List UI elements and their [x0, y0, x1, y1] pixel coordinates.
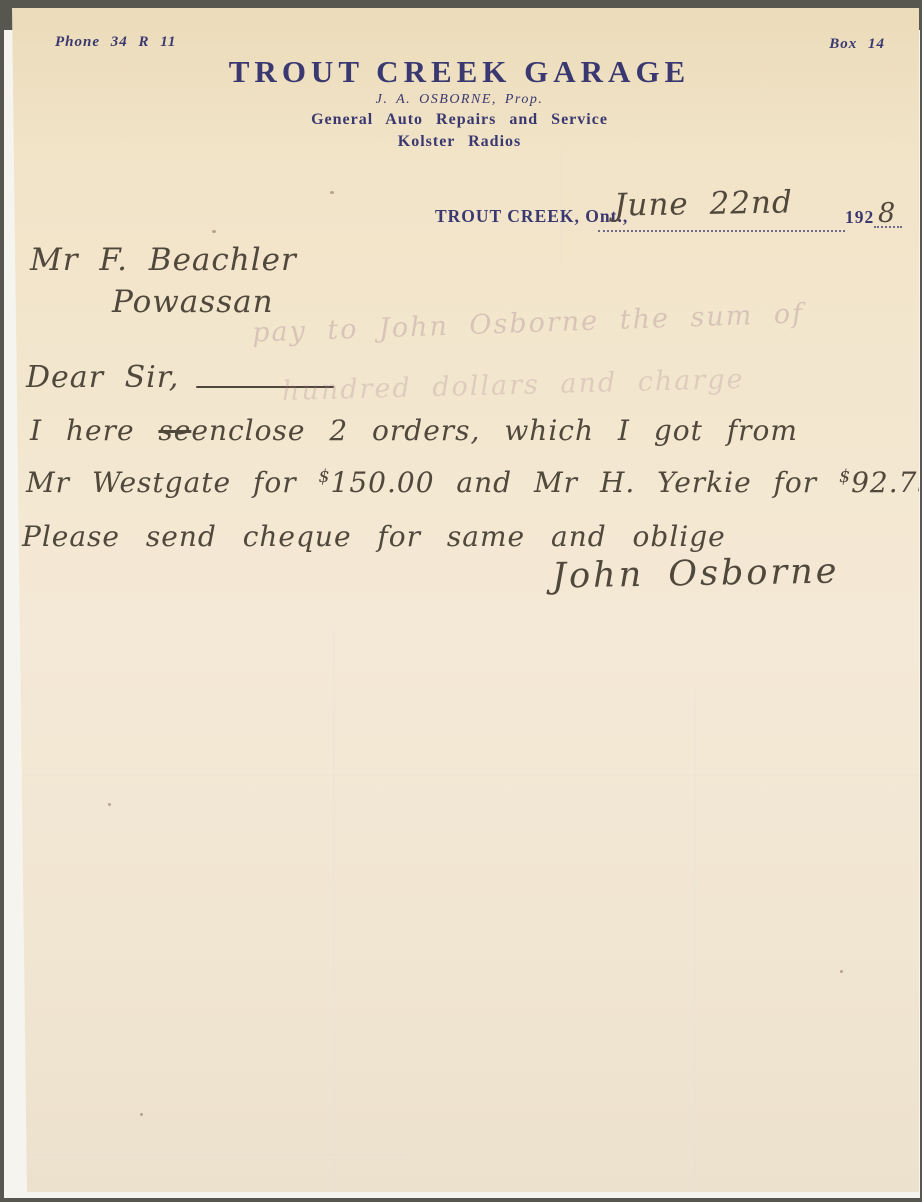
- printed-year: 192: [845, 207, 874, 228]
- recipient-name: Mr F. Beachler: [30, 242, 297, 278]
- amount-1: 150.00: [331, 466, 435, 499]
- fold-crease: [0, 1154, 414, 1156]
- fold-crease: [0, 774, 919, 776]
- paper-speck: [140, 1113, 143, 1116]
- paper-speck: [212, 230, 216, 233]
- service-line: General Auto Repairs and Service: [0, 111, 919, 129]
- signature: John Osborne: [552, 551, 840, 596]
- business-name: TROUT CREEK GARAGE: [0, 54, 919, 90]
- dollar-sign-2: $: [839, 467, 851, 487]
- body-line-2-mid: and Mr H. Yerkie for: [435, 466, 840, 499]
- body-line-3: Please send cheque for same and oblige: [22, 520, 726, 553]
- product-line: Kolster Radios: [0, 133, 919, 151]
- letter-paper: Phone 34 R 11 Box 14 TROUT CREEK GARAGE …: [0, 8, 919, 1192]
- year-fill-line: [874, 204, 902, 228]
- fold-crease: [333, 628, 335, 1198]
- body-line-2: Mr Westgate for $150.00 and Mr H. Yerkie…: [26, 466, 922, 499]
- box-number: Box 14: [829, 36, 885, 53]
- bleed-through-line: hundred dollars and charge: [282, 364, 745, 407]
- paper-speck: [330, 191, 334, 194]
- recipient-town: Powassan: [112, 284, 274, 320]
- proprietor-line: J. A. OSBORNE, Prop.: [0, 92, 919, 108]
- amount-2: 92.75: [851, 466, 922, 499]
- body-line-2-pre: Mr Westgate for: [26, 466, 319, 499]
- body-line-1: I here seenclose 2 orders, which I got f…: [30, 414, 798, 447]
- body-line-1-rest: enclose 2 orders, which I got from: [191, 414, 798, 447]
- body-line-1-pre: I here: [30, 414, 158, 447]
- scanned-letter: Phone 34 R 11 Box 14 TROUT CREEK GARAGE …: [0, 0, 922, 1202]
- paper-speck: [108, 803, 111, 806]
- fold-crease: [694, 688, 696, 1198]
- bleed-through-line: pay to John Osborne the sum of: [252, 298, 805, 348]
- handwritten-date: June 22nd: [614, 184, 793, 223]
- crossed-out-word: se: [158, 414, 191, 447]
- dollar-sign-1: $: [319, 467, 331, 487]
- salutation: Dear Sir,: [26, 360, 179, 395]
- paper-speck: [840, 970, 843, 973]
- phone-number: Phone 34 R 11: [55, 34, 176, 51]
